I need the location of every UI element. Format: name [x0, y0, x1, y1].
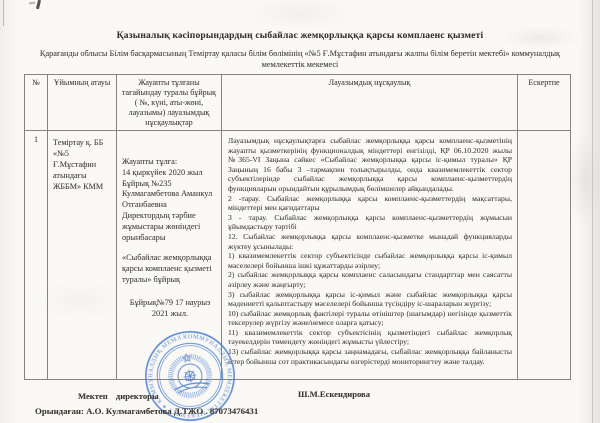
scanned-document-page: Қазыналық кәсіпорындардың сыбайлас жемқо… — [0, 0, 600, 423]
table-header-row: № Ұйымның атауы Жауапты тұлғаны тағайынд… — [25, 75, 571, 131]
text-line: 3) сыбайлас жемқорлыққа қарсы іс-қимыл ж… — [228, 290, 512, 309]
subtitle-line-1: Қарағанды облысы Білім басқармасының Тем… — [28, 48, 572, 59]
emblem-wings — [174, 381, 209, 390]
document-subtitle: Қарағанды облысы Білім басқармасының Тем… — [0, 48, 600, 70]
text-line: Бұйрық№79 17 наурыз 2021 жыл. — [122, 296, 218, 320]
text-line: Лауазымдық нұсқаулықтарға сыбайлас жемқо… — [228, 136, 512, 194]
director-signature-label: Мектеп директоры — [78, 391, 159, 401]
text-line: 2 -тарау. Сыбайлас жемқорлыққа қарсы ком… — [228, 194, 512, 213]
text-line: 3 - тарау. Сыбайлас жемқорлыққа қарсы ко… — [228, 213, 512, 232]
text-line: 14 қыркүйек 2020 жыл — [122, 168, 218, 179]
text-line: 2) сыбайлас жемқорлыққа қарсы комплаенс … — [228, 270, 512, 289]
text-line: Кулмагамбетова Аманкул Отганбаевна — [122, 189, 218, 211]
scan-artifact — [36, 0, 41, 9]
compliance-table: № Ұйымның атауы Жауапты тұлғаны тағайынд… — [24, 74, 571, 380]
cell-organization: Теміртау қ. ББ «№5 Ғ.Мұстафин атындағы Ж… — [48, 131, 117, 380]
col-header-appointment-order: Жауапты тұлғаны тағайындау туралы бұйрық… — [117, 75, 222, 131]
emblem-wings — [178, 385, 207, 393]
document-title: Қазыналық кәсіпорындардың сыбайлас жемқо… — [0, 31, 600, 41]
cell-row-number: 1 — [25, 131, 48, 380]
col-header-number: № — [25, 75, 48, 131]
executor-line: Орындаған: А.О. Кулмагамбетова Д.ТЖО . 8… — [35, 406, 258, 416]
text-line — [122, 286, 218, 296]
text-line — [122, 243, 218, 253]
col-header-job-instruction: Лауазымдық нұсқаулық — [222, 75, 518, 131]
text-line: «Сыбайлас жемқорлыққа қарсы комплаенс қы… — [122, 253, 218, 285]
subtitle-line-2: мемлекеттік мекемесі — [28, 59, 572, 70]
text-line: 13) сыбайлас жемқорлыққа қарсы заңнамада… — [228, 347, 512, 366]
col-header-note: Ескертпе — [518, 75, 571, 131]
text-line: 10) сыбайлас жемқорлық фактілері туралы … — [228, 309, 512, 328]
text-line: 11) квазимемлекеттік сектор субъектісіні… — [228, 328, 512, 347]
cell-note — [518, 131, 571, 380]
text-line: Бұйрық №235 — [122, 179, 218, 190]
text-line: Директордың тәрбие жұмыстары жөніндегі о… — [122, 211, 218, 243]
scan-artifact — [3, 0, 4, 26]
text-line: 12. Сыбайлас жемқорлыққа қарсы комплаенс… — [228, 232, 512, 251]
text-line: 1) квазимемлекеттік сектор субъектісінде… — [228, 251, 512, 270]
cell-appointment-order: Жауапты тұлға:14 қыркүйек 2020 жылБұйрық… — [117, 131, 222, 380]
scan-artifact — [29, 2, 35, 5]
table-row: 1 Теміртау қ. ББ «№5 Ғ.Мұстафин атындағы… — [25, 131, 571, 380]
director-name: Ш.М.Ескендирова — [298, 389, 370, 399]
cell-job-instruction: Лауазымдық нұсқаулықтарға сыбайлас жемқо… — [222, 131, 518, 380]
text-line: Жауапты тұлға: — [122, 157, 218, 168]
col-header-organization: Ұйымның атауы — [48, 75, 117, 131]
